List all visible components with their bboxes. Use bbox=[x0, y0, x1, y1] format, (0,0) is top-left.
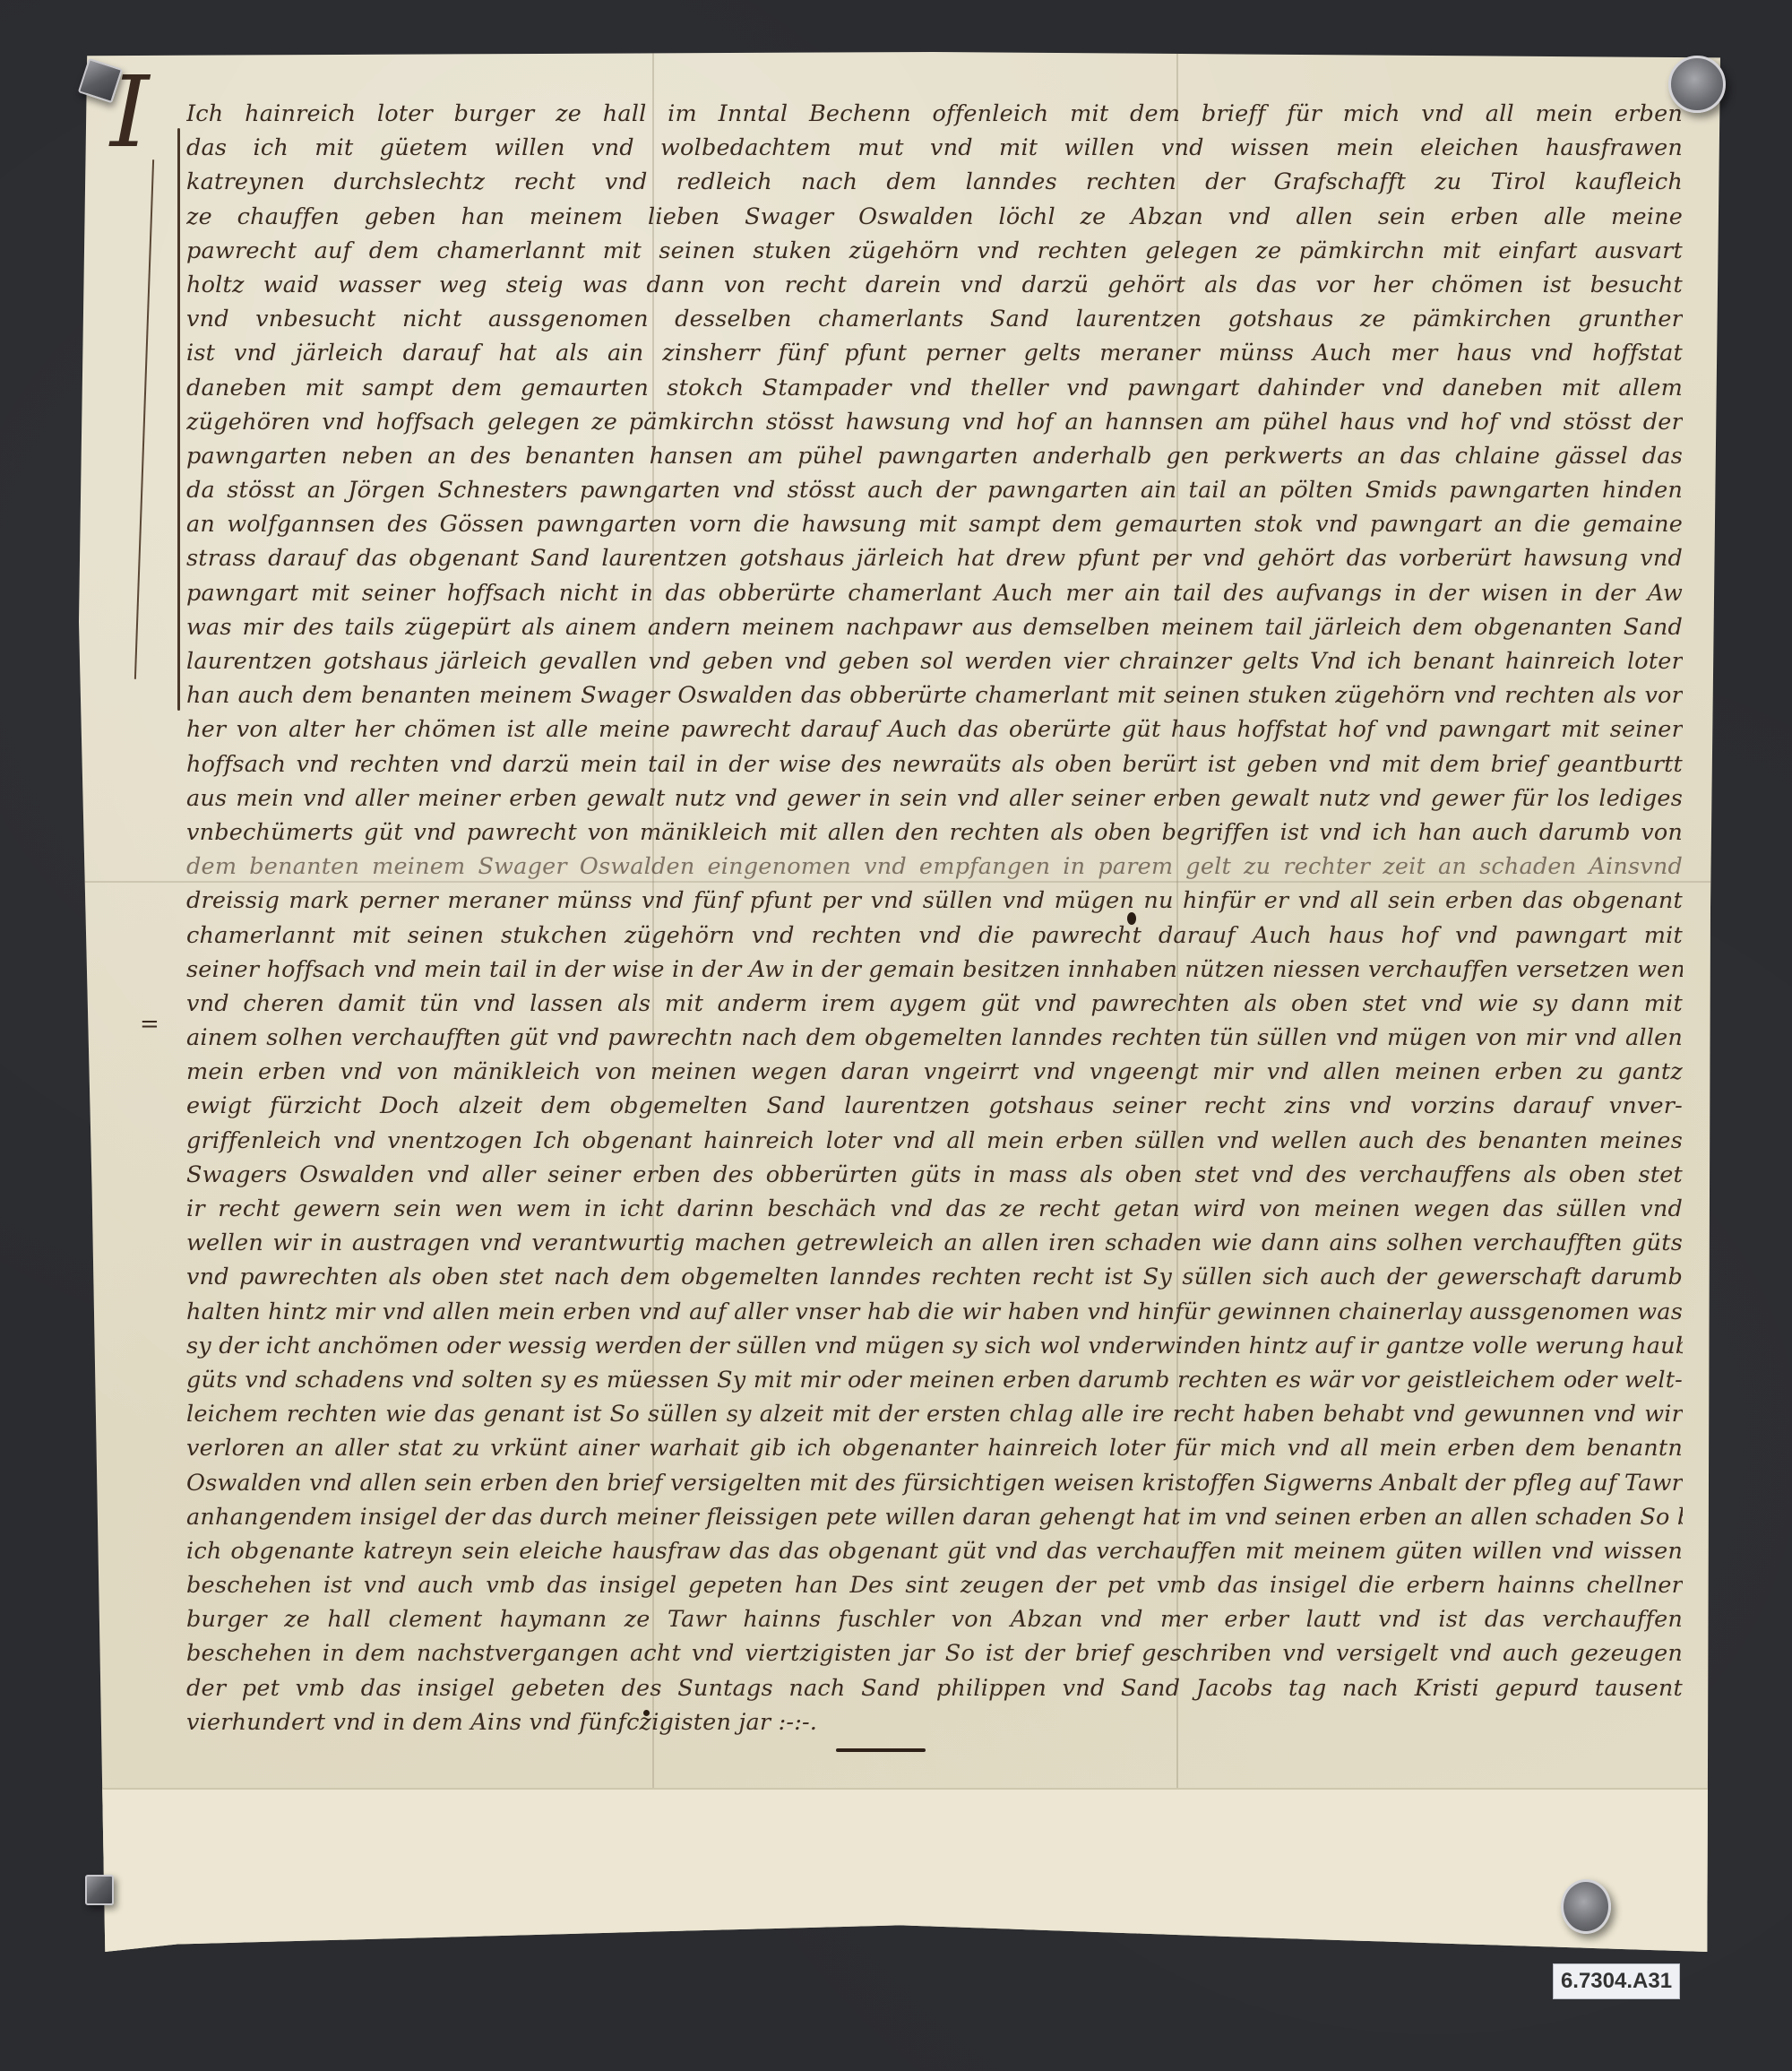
text-line: han auch dem benanten meinem Swager Oswa… bbox=[186, 678, 1683, 712]
text-line: beschehen ist vnd auch vmb das insigel g… bbox=[186, 1568, 1683, 1602]
ink-blot bbox=[1127, 912, 1136, 925]
text-line: strass darauf das obgenant Sand laurentz… bbox=[186, 541, 1683, 575]
text-line: güts vnd schadens vnd solten sy es müess… bbox=[186, 1363, 1683, 1397]
text-line: mein erben vnd von mänikleich von meinen… bbox=[186, 1055, 1683, 1089]
text-line: laurentzen gotshaus järleich gevallen vn… bbox=[186, 644, 1683, 678]
text-line: pawngart mit seiner hoffsach nicht in da… bbox=[186, 576, 1683, 610]
text-line: ze chauffen geben han meinem lieben Swag… bbox=[186, 200, 1683, 234]
text-line: da stösst an Jörgen Schnesters pawngarte… bbox=[186, 473, 1683, 507]
text-line: her von alter her chömen ist alle meine … bbox=[186, 712, 1683, 746]
parchment-charter: I = Ich hainreich loter burger ze hall i… bbox=[79, 52, 1720, 1952]
text-line: Oswalden vnd allen sein erben den brief … bbox=[186, 1466, 1683, 1500]
text-line: Ich hainreich loter burger ze hall im In… bbox=[186, 97, 1683, 131]
text-line: vnd cheren damit tün vnd lassen als mit … bbox=[186, 987, 1683, 1021]
text-line: ainem solhen verchaufften güt vnd pawrec… bbox=[186, 1021, 1683, 1055]
text-line: ich obgenante katreyn sein eleiche hausf… bbox=[186, 1534, 1683, 1568]
text-line: das ich mit güetem willen vnd wolbedacht… bbox=[186, 131, 1683, 165]
text-line: Swagers Oswalden vnd aller seiner erben … bbox=[186, 1158, 1683, 1192]
text-line: sy der icht anchömen oder wessig werden … bbox=[186, 1329, 1683, 1363]
text-line: dreissig mark perner meraner münss vnd f… bbox=[186, 884, 1683, 918]
round-magnet-mount-icon bbox=[1668, 56, 1726, 113]
ink-dot bbox=[643, 1710, 650, 1716]
text-line: dem benanten meinem Swager Oswalden eing… bbox=[186, 850, 1683, 884]
text-line: verloren an aller stat zu vrkünt ainer w… bbox=[186, 1431, 1683, 1465]
text-line: halten hintz mir vnd allen mein erben vn… bbox=[186, 1295, 1683, 1329]
text-line: griffenleich vnd vnentzogen Ich obgenant… bbox=[186, 1124, 1683, 1158]
closing-flourish bbox=[836, 1748, 926, 1752]
text-line: ir recht gewern sein wen wem in icht dar… bbox=[186, 1192, 1683, 1226]
catalog-label: 6.7304.A31 bbox=[1553, 1963, 1680, 1999]
square-magnet-mount-icon bbox=[85, 1875, 114, 1905]
text-line-final: vierhundert vnd in dem Ains vnd fünfczig… bbox=[186, 1705, 1683, 1739]
text-line: ewigt fürzicht Doch alzeit dem obgemelte… bbox=[186, 1089, 1683, 1123]
text-line: aus mein vnd aller meiner erben gewalt n… bbox=[186, 781, 1683, 815]
text-line: wellen wir in austragen vnd verantwurtig… bbox=[186, 1226, 1683, 1260]
text-line: ist vnd järleich darauf hat als ain zins… bbox=[186, 336, 1683, 370]
text-line: anhangendem insigel der das durch meiner… bbox=[186, 1500, 1683, 1534]
margin-mark: = bbox=[140, 1011, 159, 1038]
text-line: seiner hoffsach vnd mein tail in der wis… bbox=[186, 953, 1683, 987]
text-line: pawrecht auf dem chamerlannt mit seinen … bbox=[186, 234, 1683, 268]
text-line: daneben mit sampt dem gemaurten stokch S… bbox=[186, 371, 1683, 405]
text-line: burger ze hall clement haymann ze Tawr h… bbox=[186, 1602, 1683, 1636]
round-magnet-mount-icon bbox=[1561, 1879, 1611, 1934]
text-line: katreynen durchslechtz recht vnd redleic… bbox=[186, 165, 1683, 199]
text-line: holtz waid wasser weg steig was dann von… bbox=[186, 268, 1683, 302]
text-line: vnd pawrechten als oben stet nach dem ob… bbox=[186, 1260, 1683, 1294]
text-line: hoffsach vnd rechten vnd darzü mein tail… bbox=[186, 747, 1683, 781]
text-line: leichem rechten wie das genant ist So sü… bbox=[186, 1397, 1683, 1431]
initial-ascender-stroke bbox=[177, 128, 180, 711]
text-line: vnbechümerts güt vnd pawrecht von mänikl… bbox=[186, 815, 1683, 850]
text-line: chamerlannt mit seinen stukchen zügehörn… bbox=[186, 919, 1683, 953]
text-line: zügehören vnd hoffsach gelegen ze pämkir… bbox=[186, 405, 1683, 439]
text-line: an wolfgannsen des Gössen pawngarten vor… bbox=[186, 507, 1683, 541]
text-line: was mir des tails zügepürt als ainem and… bbox=[186, 610, 1683, 644]
text-line: vnd vnbesucht nicht aussgenomen desselbe… bbox=[186, 302, 1683, 336]
text-line: pawngarten neben an des benanten hansen … bbox=[186, 439, 1683, 473]
text-line: beschehen in dem nachstvergangen acht vn… bbox=[186, 1636, 1683, 1670]
initial-ascender-stroke bbox=[134, 160, 154, 679]
charter-text: I = Ich hainreich loter burger ze hall i… bbox=[186, 97, 1683, 1739]
text-line: der pet vmb das insigel gebeten des Sunt… bbox=[186, 1671, 1683, 1705]
plica-turn-up bbox=[79, 1788, 1720, 1952]
